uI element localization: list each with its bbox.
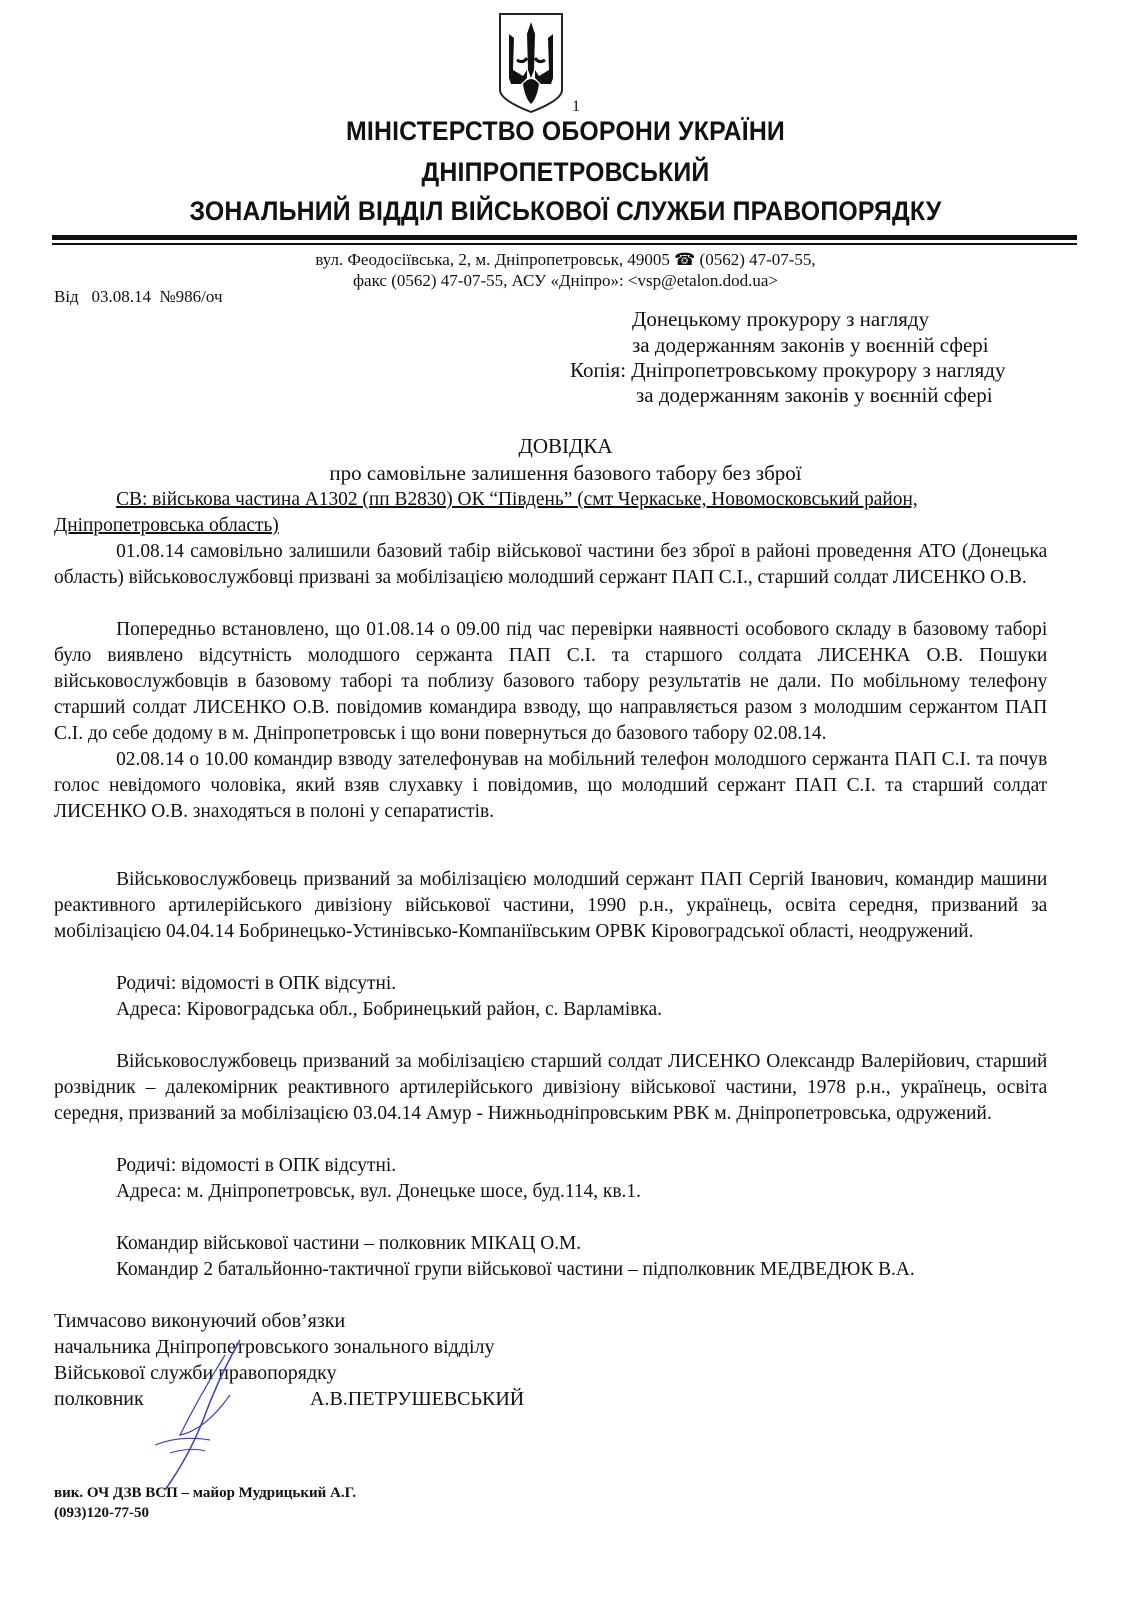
document-reference: Від 03.08.14 №986/оч bbox=[54, 287, 223, 307]
subject-line-2: Дніпропетровська область) bbox=[54, 512, 1047, 538]
executor-phone: (093)120-77-50 bbox=[54, 1503, 149, 1523]
signature-rank: полковник bbox=[54, 1386, 144, 1412]
copy-recipient-line-2: за додержанням законів у воєнній сфері bbox=[636, 382, 993, 408]
handwritten-signature-icon bbox=[150, 1335, 260, 1495]
address-text: Адреса: Кіровоградська обл., Бобринецьки… bbox=[54, 996, 1047, 1022]
body-paragraph-2: Попередньо встановлено, що 01.08.14 о 09… bbox=[54, 616, 1047, 746]
signature-title-line-1: Тимчасово виконуючий обов’язки bbox=[54, 1308, 345, 1334]
relatives-text: Родичі: відомості в ОПК відсутні. bbox=[54, 1152, 1047, 1178]
address-text: Адреса: м. Дніпропетровськ, вул. Донецьк… bbox=[54, 1178, 1047, 1204]
executor-line: вик. ОЧ ДЗВ ВСП – майор Мудрицький А.Г. bbox=[54, 1483, 356, 1503]
paragraph-text: Попередньо встановлено, що 01.08.14 о 09… bbox=[54, 616, 1047, 746]
recipient-line-2: за додержанням законів у воєнній сфері bbox=[632, 332, 989, 358]
address-line-1: вул. Феодосіївська, 2, м. Дніпропетровсь… bbox=[0, 249, 1131, 271]
document-heading: ДОВІДКА bbox=[0, 434, 1131, 459]
department-city: ДНІПРОПЕТРОВСЬКИЙ bbox=[45, 157, 1086, 188]
commander-text: Командир військової частини – полковник … bbox=[54, 1230, 1047, 1256]
person-2-description: Військовослужбовець призваний за мобіліз… bbox=[54, 1048, 1047, 1126]
coat-of-arms-icon bbox=[497, 12, 565, 114]
header-divider-thin bbox=[52, 243, 1077, 245]
commander-battalion: Командир 2 батальйонно-тактичної групи в… bbox=[54, 1256, 1047, 1282]
body-paragraph-3: 02.08.14 о 10.00 командир взводу зателеф… bbox=[54, 746, 1047, 824]
paragraph-text: 02.08.14 о 10.00 командир взводу зателеф… bbox=[54, 746, 1047, 824]
signatory-name: А.В.ПЕТРУШЕВСЬКИЙ bbox=[310, 1386, 524, 1412]
signature-title-line-2: начальника Дніпропетровського зонального… bbox=[54, 1334, 495, 1360]
paragraph-text: Військовослужбовець призваний за мобіліз… bbox=[54, 866, 1047, 944]
ministry-title: МІНІСТЕРСТВО ОБОРОНИ УКРАЇНИ bbox=[45, 116, 1086, 147]
department-title: ЗОНАЛЬНИЙ ВІДДІЛ ВІЙСЬКОВОЇ СЛУЖБИ ПРАВО… bbox=[45, 196, 1086, 227]
commander-unit: Командир військової частини – полковник … bbox=[54, 1230, 1047, 1256]
person-1-address: Адреса: Кіровоградська обл., Бобринецьки… bbox=[54, 996, 1047, 1022]
header-divider-thick bbox=[52, 235, 1077, 240]
commander-text: Командир 2 батальйонно-тактичної групи в… bbox=[54, 1256, 1047, 1282]
relatives-text: Родичі: відомості в ОПК відсутні. bbox=[54, 970, 1047, 996]
subject-line-1: СВ: військова частина А1302 (пп В2830) О… bbox=[54, 486, 1047, 512]
person-2-relatives: Родичі: відомості в ОПК відсутні. bbox=[54, 1152, 1047, 1178]
person-2-address: Адреса: м. Дніпропетровськ, вул. Донецьк… bbox=[54, 1178, 1047, 1204]
emblem-mark: 1 bbox=[572, 98, 580, 116]
paragraph-text: 01.08.14 самовільно залишили базовий таб… bbox=[54, 538, 1047, 590]
paragraph-text: Військовослужбовець призваний за мобіліз… bbox=[54, 1048, 1047, 1126]
person-1-description: Військовослужбовець призваний за мобіліз… bbox=[54, 866, 1047, 944]
subject-block: СВ: військова частина А1302 (пп В2830) О… bbox=[54, 486, 1047, 538]
person-1-relatives: Родичі: відомості в ОПК відсутні. bbox=[54, 970, 1047, 996]
body-paragraph-1: 01.08.14 самовільно залишили базовий таб… bbox=[54, 538, 1047, 590]
copy-recipient-line-1: Копія: Дніпропетровському прокурору з на… bbox=[570, 357, 1005, 383]
recipient-line-1: Донецькому прокурору з нагляду bbox=[632, 306, 929, 332]
document-subheading: про самовільне залишення базового табору… bbox=[0, 461, 1131, 486]
